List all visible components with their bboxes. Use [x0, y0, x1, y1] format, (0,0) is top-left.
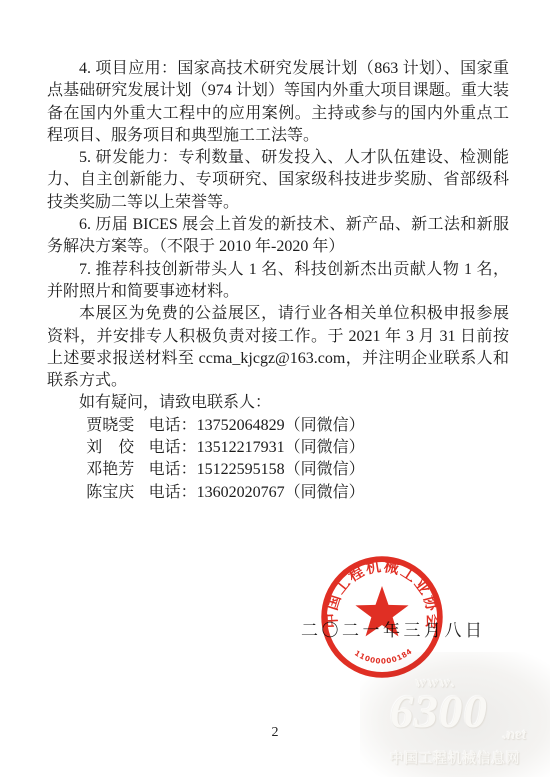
wechat-note: （同微信） — [285, 484, 365, 501]
phone-label: 电话： — [149, 439, 197, 456]
contact-row: 邓艳芳电话：15122595158（同微信） — [86, 459, 509, 481]
phone-label: 电话： — [149, 461, 197, 478]
official-seal: 中国工程机械工业协会 1100000018430 — [320, 555, 444, 679]
star-icon — [355, 586, 408, 636]
paragraph-submission: 本展区为免费的公益展区，请行业各相关单位积极申报参展资料，并安排专人积极负责对接… — [47, 303, 509, 392]
contact-row: 贾晓雯电话：13752064829（同微信） — [86, 415, 509, 437]
paragraph-item-6: 6. 历届 BICES 展会上首发的新技术、新产品、新工法和新服务解决方案等。（… — [47, 214, 509, 259]
contact-phone: 13752064829 — [197, 417, 285, 434]
document-page: 4. 项目应用：国家高技术研究发展计划（863 计划）、国家重点基础研究发展计划… — [0, 0, 550, 777]
contact-name: 邓艳芳 — [86, 459, 134, 481]
wechat-note: （同微信） — [285, 461, 365, 478]
contact-phone: 13512217931 — [197, 439, 285, 456]
contact-phone: 13602020767 — [197, 484, 285, 501]
contact-name: 刘 佼 — [86, 437, 134, 459]
wechat-note: （同微信） — [285, 417, 365, 434]
contact-list: 贾晓雯电话：13752064829（同微信） 刘 佼电话：13512217931… — [86, 415, 509, 504]
paragraph-item-5: 5. 研发能力：专利数量、研发投入、人才队伍建设、检测能力、自主创新能力、专项研… — [47, 147, 509, 214]
contact-name: 贾晓雯 — [86, 415, 134, 437]
paragraph-item-7: 7. 推荐科技创新带头人 1 名、科技创新杰出贡献人物 1 名，并附照片和简要事… — [47, 259, 509, 304]
wechat-note: （同微信） — [285, 439, 365, 456]
watermark-number: 6300 — [390, 692, 532, 732]
contact-row: 刘 佼电话：13512217931（同微信） — [86, 437, 509, 459]
contact-row: 陈宝庆电话：13602020767（同微信） — [86, 482, 509, 504]
phone-label: 电话： — [149, 484, 197, 501]
phone-label: 电话： — [149, 417, 197, 434]
watermark-caption: 中国工程机械信息网 — [390, 747, 532, 767]
contact-name: 陈宝庆 — [86, 482, 134, 504]
watermark: www. 6300 .net 中国工程机械信息网 — [390, 675, 532, 767]
contact-phone: 15122595158 — [197, 461, 285, 478]
seal-graphic: 中国工程机械工业协会 1100000018430 — [320, 555, 444, 679]
paragraph-item-4: 4. 项目应用：国家高技术研究发展计划（863 计划）、国家重点基础研究发展计划… — [47, 58, 509, 147]
contacts-intro: 如有疑问，请致电联系人： — [47, 392, 509, 414]
document-body: 4. 项目应用：国家高技术研究发展计划（863 计划）、国家重点基础研究发展计划… — [47, 58, 509, 504]
